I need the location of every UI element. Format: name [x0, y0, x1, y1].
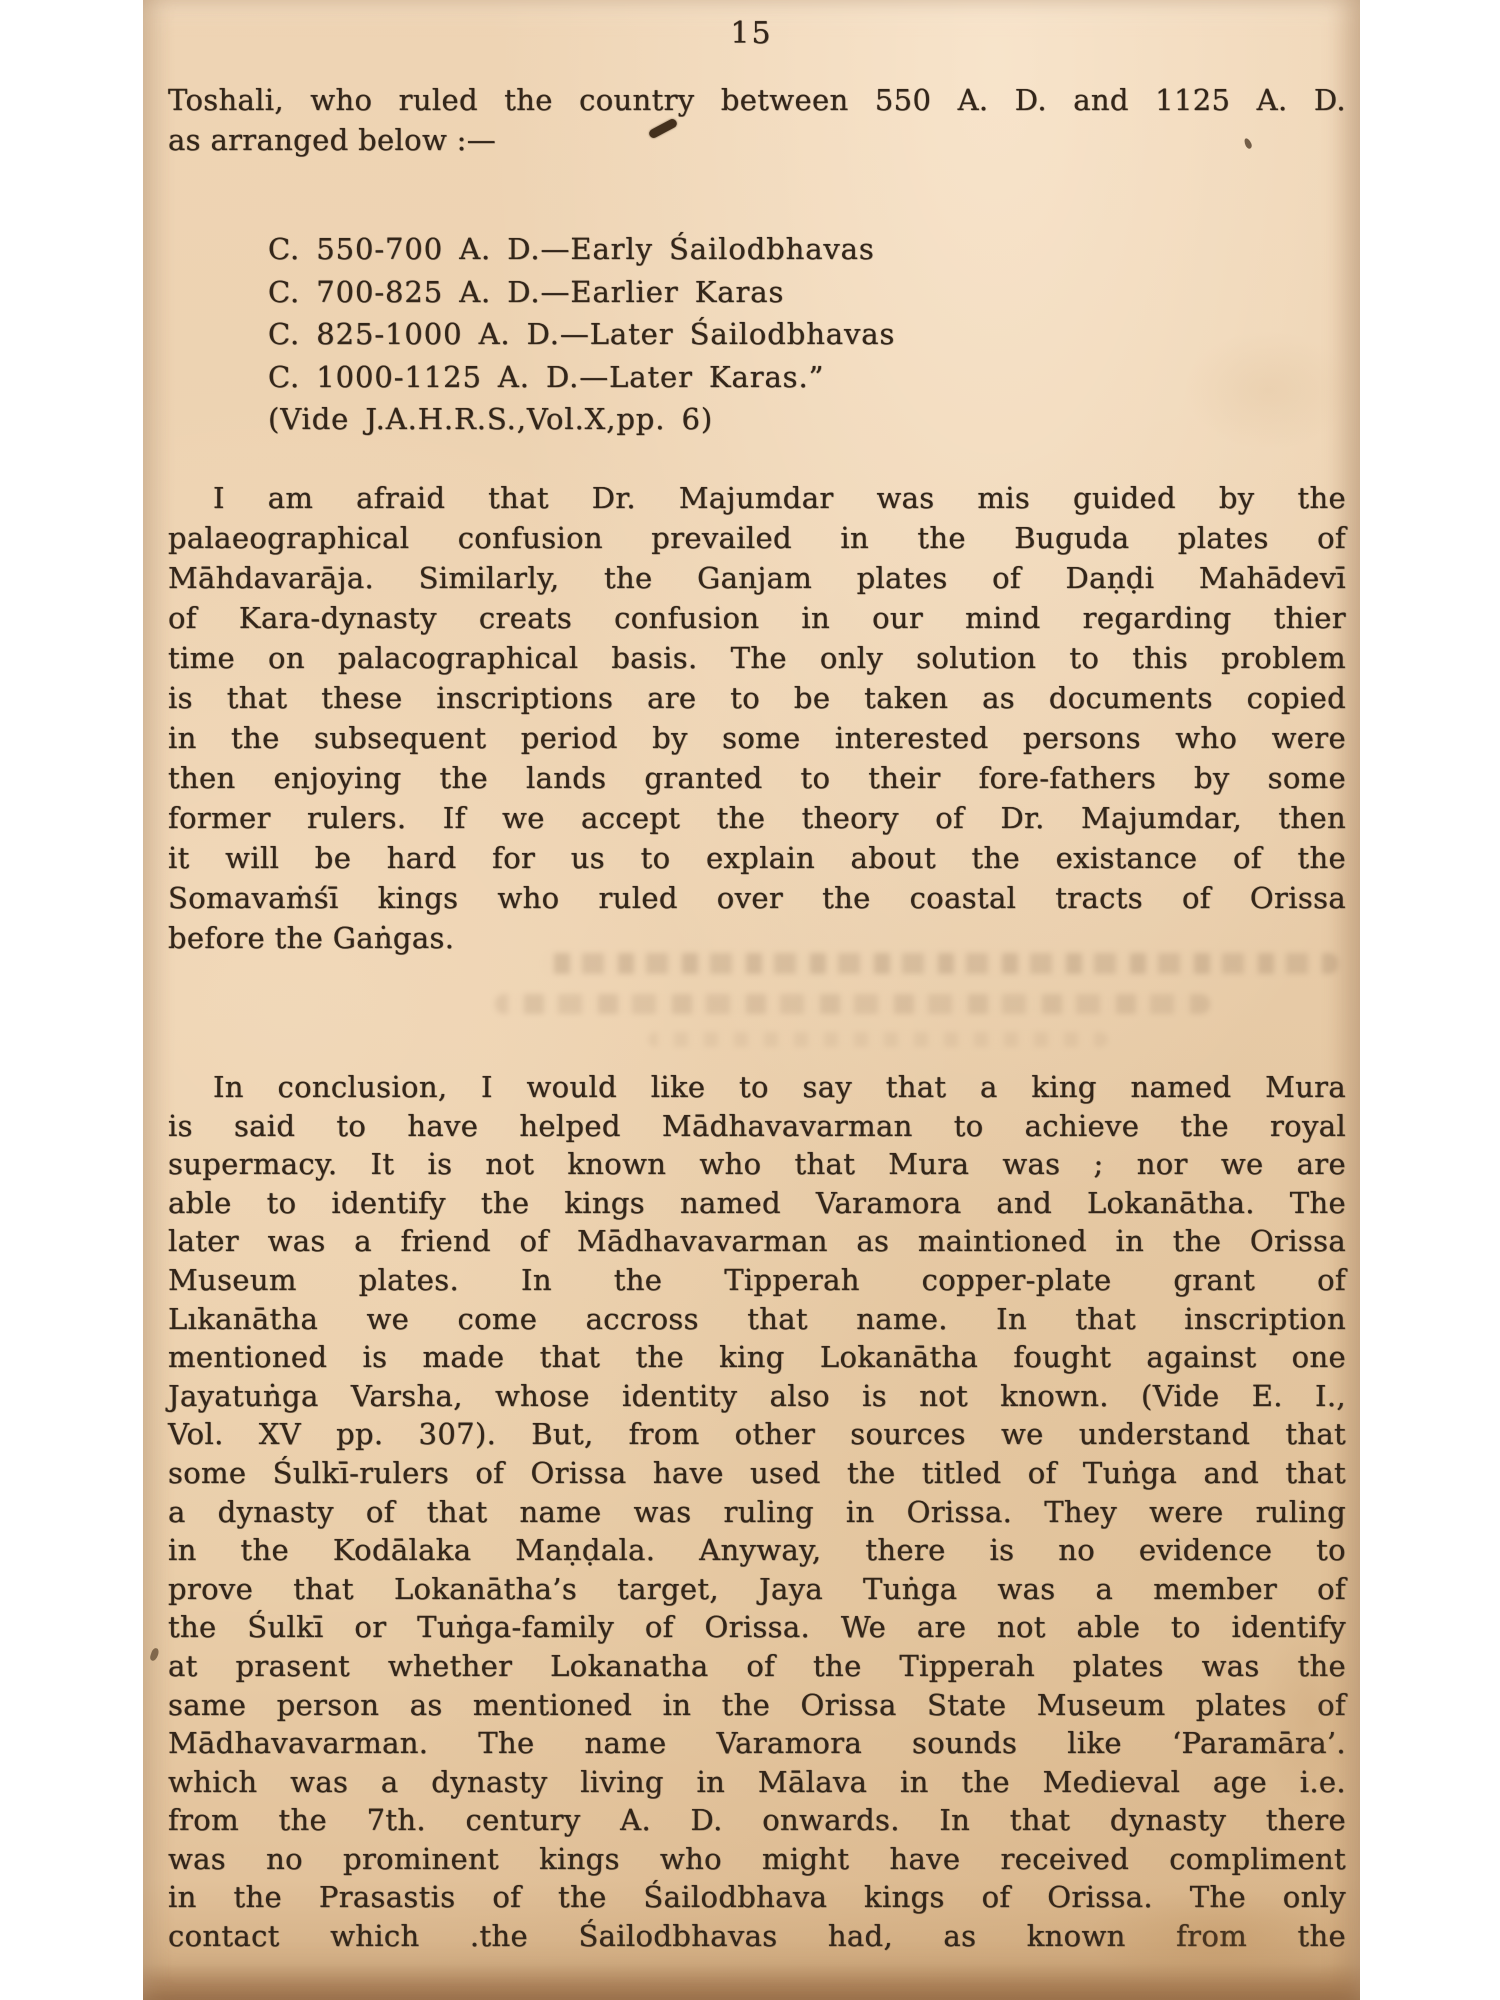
- text-line: at prasent whether Lokanatha of the Tipp…: [168, 1647, 1346, 1686]
- text-line: (Vide J.A.H.R.S.,Vol.X,pp. 6): [268, 398, 1268, 441]
- text-line: In conclusion, I would like to say that …: [168, 1068, 1346, 1107]
- scanned-page: 15 Toshali, who ruled the country betwee…: [143, 0, 1360, 2000]
- text-line: Vol. XV pp. 307). But, from other source…: [168, 1415, 1346, 1454]
- text-line: former rulers. If we accept the theory o…: [168, 798, 1346, 838]
- text-line: Māhdavarāja. Similarly, the Ganjam plate…: [168, 558, 1346, 598]
- text-line: is that these inscriptions are to be tak…: [168, 678, 1346, 718]
- text-line: from the 7th. century A. D. onwards. In …: [168, 1801, 1346, 1840]
- text-line: then enjoying the lands granted to their…: [168, 758, 1346, 798]
- chronology-list: C. 550-700 A. D.—Early ŚailodbhavasC. 70…: [268, 228, 1268, 441]
- ink-showthrough-smudge: [495, 994, 1210, 1014]
- text-line: palaeographical confusion prevailed in t…: [168, 518, 1346, 558]
- text-line: same person as mentioned in the Orissa S…: [168, 1686, 1346, 1725]
- paper-stain: [1263, 1620, 1358, 1810]
- text-line: was no prominent kings who might have re…: [168, 1840, 1346, 1879]
- text-line: it will be hard for us to explain about …: [168, 838, 1346, 878]
- paper-stain: [1183, 330, 1353, 450]
- text-line: prove that Lokanātha’s target, Jaya Tuṅg…: [168, 1570, 1346, 1609]
- text-line: Lıkanātha we come accross that name. In …: [168, 1300, 1346, 1339]
- paper-stain: [1083, 1890, 1353, 1985]
- text-line: is said to have helped Mādhavavarman to …: [168, 1107, 1346, 1146]
- text-line: supermacy. It is not known who that Mura…: [168, 1145, 1346, 1184]
- text-line: Toshali, who ruled the country between 5…: [168, 80, 1346, 120]
- text-line: I am afraid that Dr. Majumdar was mis gu…: [168, 478, 1346, 518]
- text-line: C. 700-825 A. D.—Earlier Karas: [268, 271, 1268, 314]
- text-line: as arranged below :—: [168, 120, 1346, 160]
- text-line: in the subsequent period by some interes…: [168, 718, 1346, 758]
- text-line: some Śulkī-rulers of Orissa have used th…: [168, 1454, 1346, 1493]
- text-line: which was a dynasty living in Mālava in …: [168, 1763, 1346, 1802]
- text-line: mentioned is made that the king Lokanāth…: [168, 1338, 1346, 1377]
- text-line: able to identify the kings named Varamor…: [168, 1184, 1346, 1223]
- text-line: C. 550-700 A. D.—Early Śailodbhavas: [268, 228, 1268, 271]
- text-line: C. 825-1000 A. D.—Later Śailodbhavas: [268, 313, 1268, 356]
- text-line: Somavaṁśī kings who ruled over the coast…: [168, 878, 1346, 918]
- text-line: before the Gaṅgas.: [168, 918, 1346, 958]
- ink-fleck: [149, 1647, 160, 1662]
- text-line: C. 1000-1125 A. D.—Later Karas.”: [268, 356, 1268, 399]
- text-line: Jayatuṅga Varsha, whose identity also is…: [168, 1377, 1346, 1416]
- text-line: of Kara-dynasty creats confusion in our …: [168, 598, 1346, 638]
- text-line: in the Kodālaka Maṇḍala. Anyway, there i…: [168, 1531, 1346, 1570]
- ink-showthrough-smudge: [543, 953, 1338, 974]
- text-line: later was a friend of Mādhavavarman as m…: [168, 1222, 1346, 1261]
- page-number: 15: [143, 16, 1360, 51]
- text-line: Museum plates. In the Tipperah copper-pl…: [168, 1261, 1346, 1300]
- text-line: a dynasty of that name was ruling in Ori…: [168, 1493, 1346, 1532]
- paragraph-conclusion: In conclusion, I would like to say that …: [168, 1068, 1346, 1956]
- text-line: Mādhavavarman. The name Varamora sounds …: [168, 1724, 1346, 1763]
- paragraph-majumdar: I am afraid that Dr. Majumdar was mis gu…: [168, 478, 1346, 958]
- intro-paragraph: Toshali, who ruled the country between 5…: [168, 80, 1346, 160]
- text-line: the Śulkī or Tuṅga-family of Orissa. We …: [168, 1608, 1346, 1647]
- text-line: time on palacographical basis. The only …: [168, 638, 1346, 678]
- ink-showthrough-smudge: [648, 1032, 1108, 1047]
